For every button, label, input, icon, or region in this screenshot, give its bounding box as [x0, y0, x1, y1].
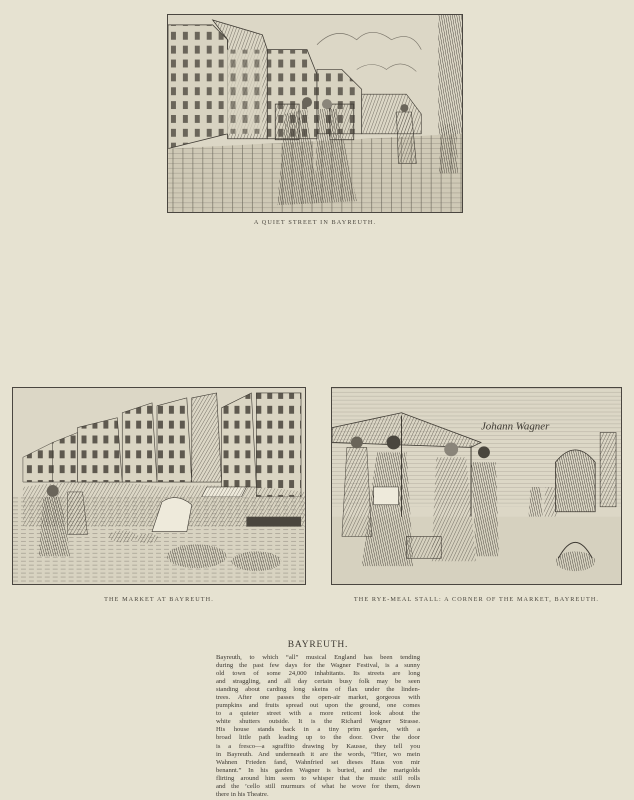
article-line: benannt.” In his garden Wagner is buried…	[216, 767, 420, 775]
article-line: flirting around him seem to whisper that…	[216, 775, 420, 783]
article-line: old town of some 24,000 inhabitants. Its…	[216, 670, 420, 678]
article-line: during the past few days for the Wagner …	[216, 662, 420, 670]
caption-rye-meal-stall: The Rye-Meal Stall: A Corner of the Mark…	[331, 596, 622, 603]
article-line: Wahnen Frieden fand, Wahnfried sei diese…	[216, 759, 420, 767]
article-line: His house stands back in a tiny prim gar…	[216, 726, 420, 734]
article-line: there in his Theatre.	[216, 791, 420, 799]
engraving-rye-meal-stall-image: Johann Wagner	[332, 388, 621, 584]
article-line: is a fresco—a sgraffito drawing by Kauss…	[216, 743, 420, 751]
caption-quiet-street: A Quiet Street in Bayreuth.	[167, 219, 463, 226]
shop-sign-text: Johann Wagner	[481, 421, 550, 433]
article-body: Bayreuth, to which “all” musical England…	[216, 654, 420, 799]
article-line: and straggling, and all day certain busy…	[216, 678, 420, 686]
article-line: in Bayreuth. And underneath it are the w…	[216, 751, 420, 759]
illustration-market	[12, 387, 306, 585]
illustration-rye-meal-stall: Johann Wagner	[331, 387, 622, 585]
article-line: to a quieter street with a more reticent…	[216, 710, 420, 718]
article-line: standing about carding long skeins of fl…	[216, 686, 420, 694]
engraving-quiet-street-image	[168, 15, 462, 212]
engraving-market-image	[13, 388, 305, 584]
article-line: and the ’cello still murmurs of what he …	[216, 783, 420, 791]
article-line: pumpkins and fruits spread out upon the …	[216, 702, 420, 710]
article-line: trees. After one passes the open-air mar…	[216, 694, 420, 702]
article-title: BAYREUTH.	[216, 640, 420, 650]
article-line: Bayreuth, to which “all” musical England…	[216, 654, 420, 662]
article-line: white shutters outside. It is the Richar…	[216, 718, 420, 726]
article-line: broad little path leading up to the door…	[216, 734, 420, 742]
caption-market: The Market at Bayreuth.	[12, 596, 306, 603]
article-bayreuth: BAYREUTH. Bayreuth, to which “all” music…	[216, 640, 420, 799]
illustration-quiet-street	[167, 14, 463, 213]
